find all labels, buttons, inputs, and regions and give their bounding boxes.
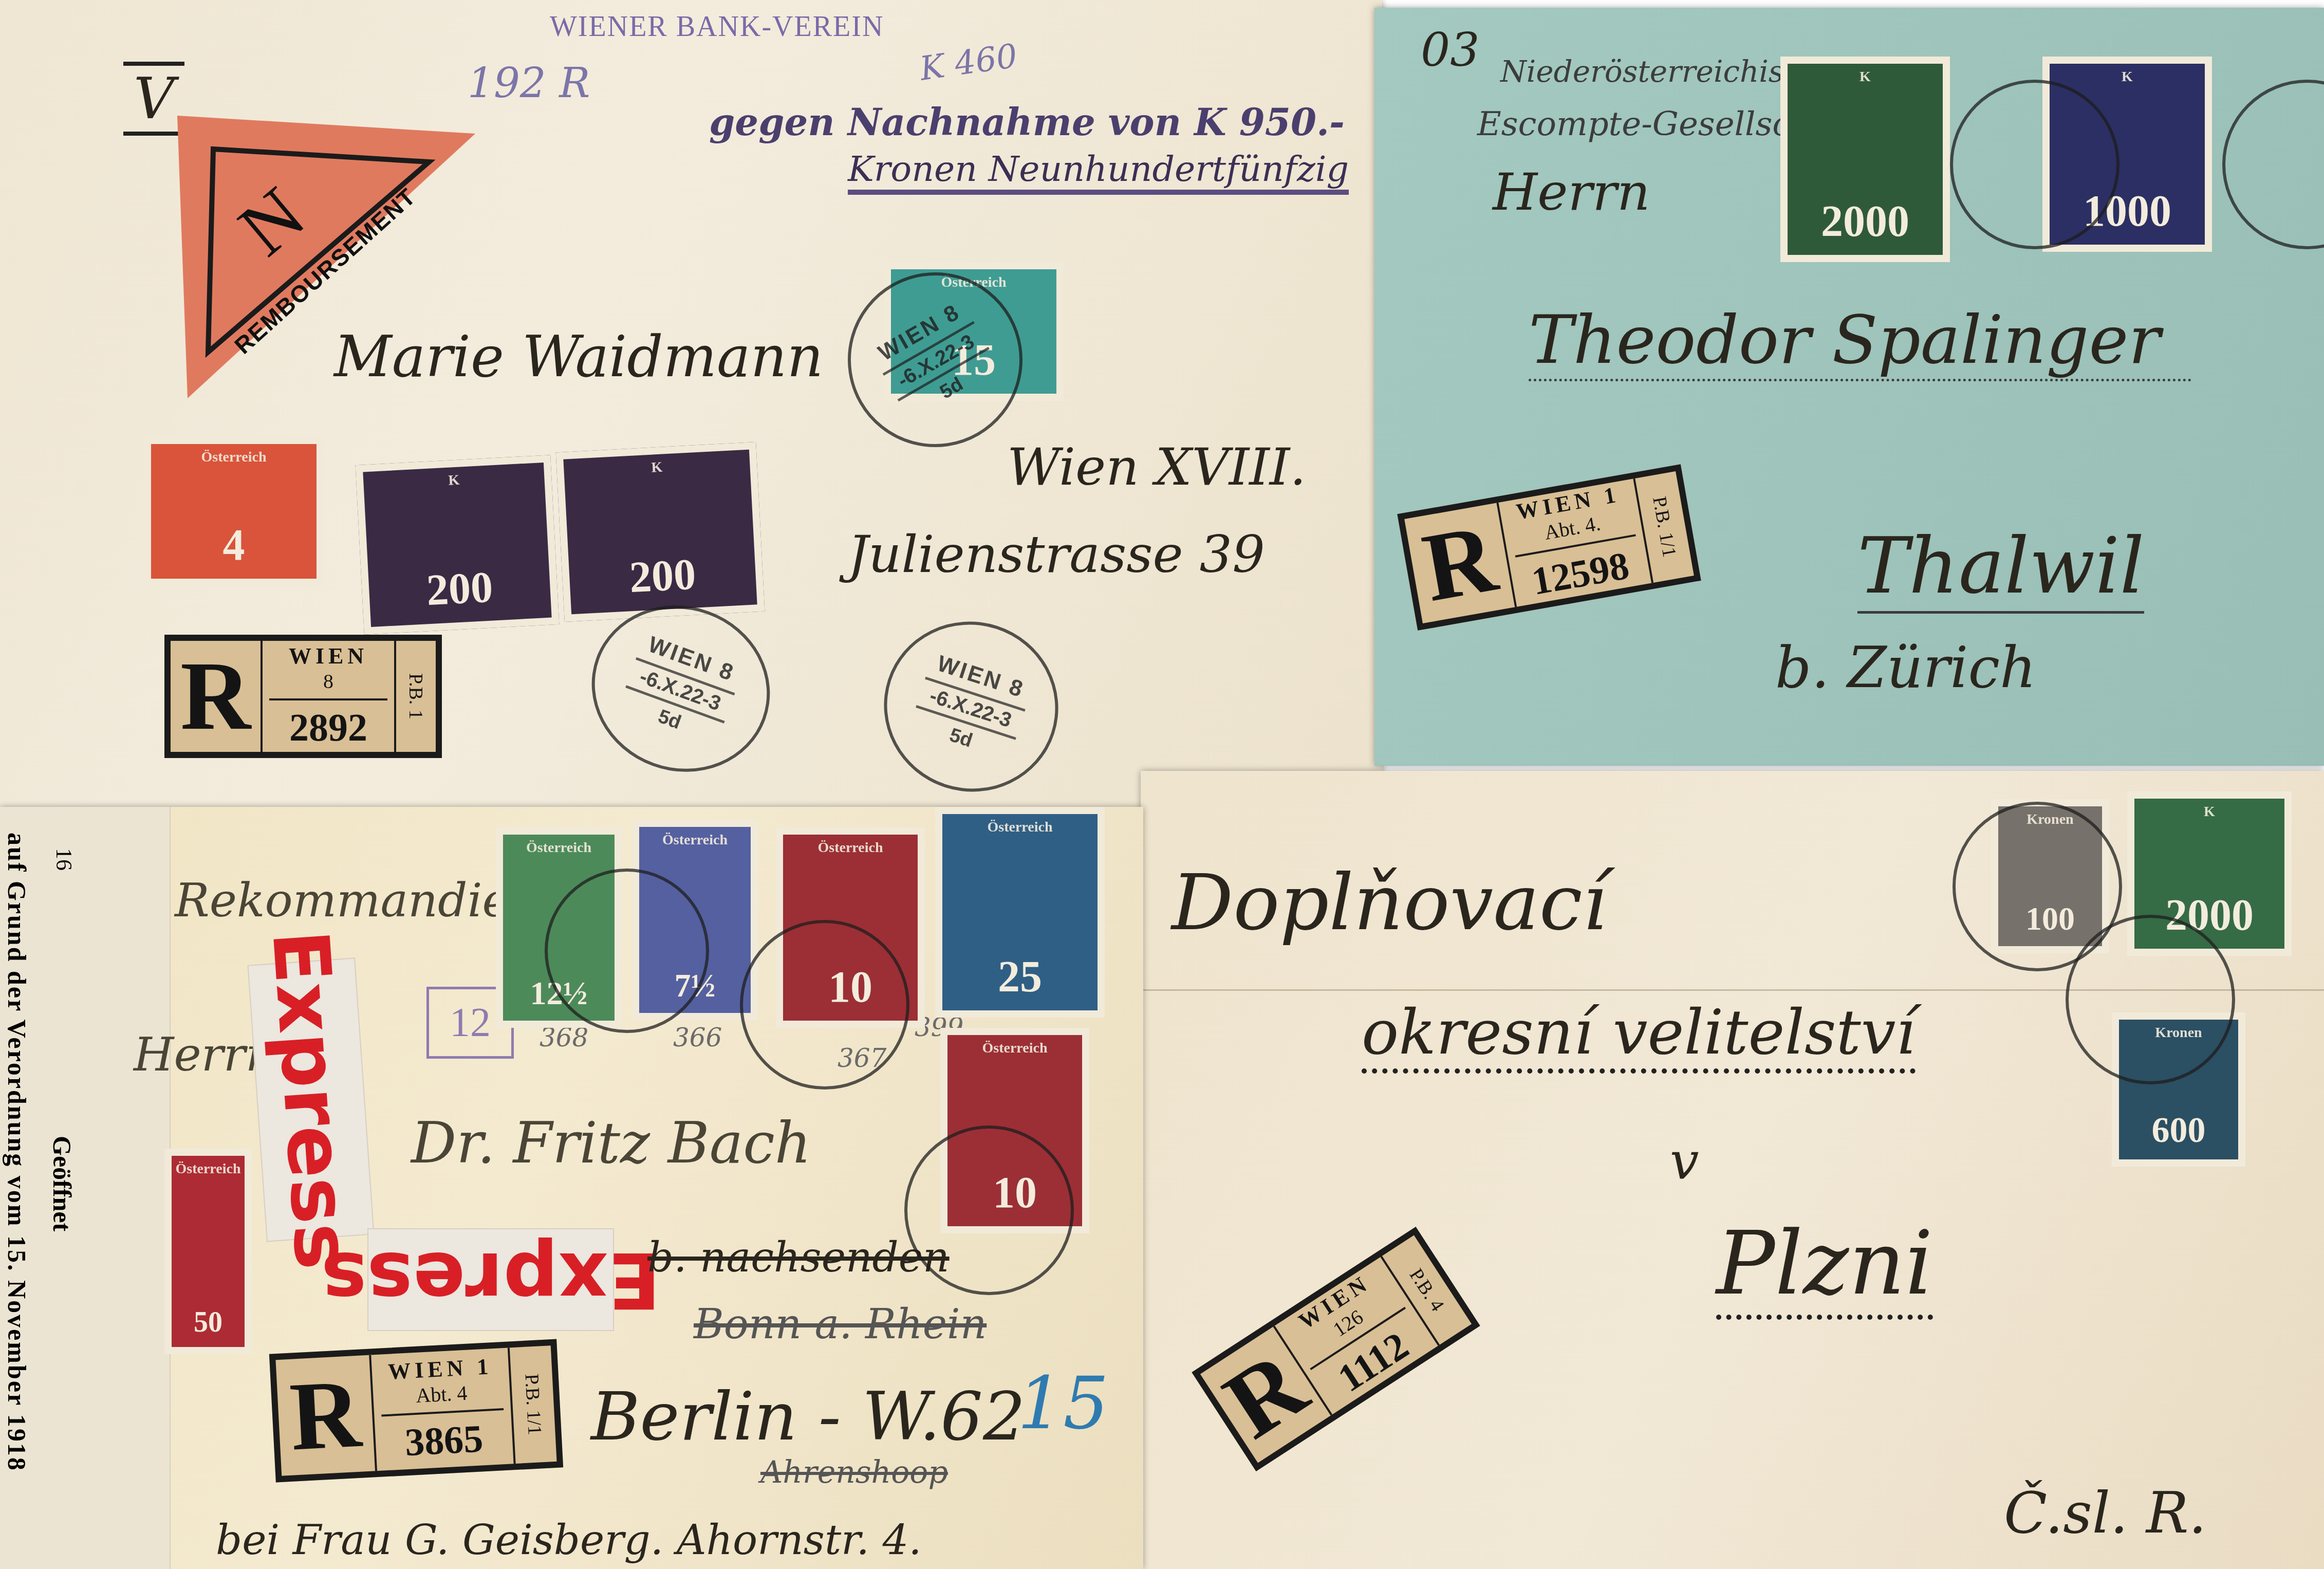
recipient-name: Dr. Fritz Bach <box>411 1110 811 1176</box>
stamp-4k: Österreich4 <box>144 437 324 586</box>
pencil-number: 366 <box>673 1023 722 1053</box>
registration-label: R WIEN 1 Abt. 4. 12598 P.B. 1/1 <box>1397 464 1701 631</box>
cod-amount-words: Kronen Neunhundertfünfzig <box>848 149 1349 195</box>
registration-label: R WIEN 8 2892 P.B. 1 <box>164 635 442 758</box>
pencil-note: 192 R <box>468 59 590 107</box>
registration-sub: 8 <box>323 669 333 693</box>
envelope-top-left: WIENER BANK-VEREIN K 460 192 R V gegen N… <box>0 0 1382 827</box>
recipient-region: b. Zürich <box>1775 635 2036 700</box>
recipient-line: okresní velitelství <box>1362 997 1916 1074</box>
postmark <box>2066 915 2235 1084</box>
stamp-200k: K200 <box>356 455 560 634</box>
envelope-top-right: 03 Niederösterreichische Escompte-Gesell… <box>1374 8 2324 766</box>
recipient-city: Wien XVIII. <box>1007 437 1306 497</box>
censor-number: 16 <box>51 848 77 871</box>
cod-line: gegen Nachnahme von K 950.- <box>709 100 1345 144</box>
crossed-address: Bonn a. Rhein <box>694 1300 987 1348</box>
registration-letter: R <box>171 641 263 752</box>
recipient-country: Č.sl. R. <box>2004 1480 2207 1546</box>
recipient-line: v <box>1670 1131 1699 1191</box>
stamp-2000k: K2000 <box>1780 57 1950 262</box>
stamp-50k: Österreich50 <box>164 1149 252 1354</box>
envelope-bottom-right: Doplňovací okresní velitelství v Plzni Č… <box>1141 771 2324 1569</box>
sender-stamp: WIENER BANK-VEREIN <box>550 10 884 43</box>
pencil-note: K 460 <box>918 37 1020 88</box>
corner-mark: 03 <box>1421 23 1480 77</box>
envelope-bottom-left: 16 Geöffnet auf Grund der Verordnung vom… <box>0 807 1143 1569</box>
registration-office: WIEN <box>289 643 368 669</box>
recipient-name: Theodor Spalinger <box>1529 301 2191 381</box>
blue-mark: 15 <box>1017 1362 1109 1446</box>
recipient-name: Marie Waidmann <box>334 324 823 390</box>
stamp-25k: Österreich25 <box>935 807 1105 1018</box>
censor-opened: Geöffnet <box>47 1136 77 1231</box>
registration-letter: R <box>275 1355 377 1475</box>
postmark <box>2222 80 2324 249</box>
salutation: Herrn <box>1493 162 1650 222</box>
recipient-line: Doplňovací <box>1172 858 1607 948</box>
registration-label: R WIEN 1 Abt. 4 3865 P.B. 1/1 <box>269 1339 563 1483</box>
express-label: Express <box>367 1228 614 1331</box>
postmark <box>904 1125 1074 1295</box>
postmark <box>1950 80 2120 249</box>
registration-letter: R <box>1404 503 1517 623</box>
postmark <box>545 869 709 1033</box>
registration-sub: Abt. 4 <box>415 1380 468 1407</box>
registration-office: WIEN 1 <box>387 1353 493 1385</box>
registration-side: P.B. 1 <box>394 641 436 752</box>
new-address: Berlin - W.62 <box>591 1377 1026 1455</box>
registration-side: P.B. 1/1 <box>507 1345 556 1464</box>
forward-note: b. nachsenden <box>647 1233 950 1281</box>
recipient-city: Plzni <box>1716 1213 1933 1320</box>
forward-address: bei Frau G. Geisberg. Ahornstr. 4. <box>216 1516 922 1564</box>
registration-label: R WIEN 126 1112 P.B. 4 <box>1192 1227 1480 1471</box>
stamp-200k: K200 <box>556 442 765 622</box>
express-label: Express <box>247 957 374 1242</box>
recipient-city: Thalwil <box>1857 522 2144 614</box>
crossed-street: Ahrenshoop <box>760 1454 948 1490</box>
registration-number: 3865 <box>404 1416 484 1465</box>
censor-decree: auf Grund der Verordnung vom 15. Novembe… <box>2 833 32 1472</box>
postmark <box>740 920 909 1090</box>
postmark: WIEN 8-6.X.22-35d <box>862 599 1080 815</box>
recipient-street: Julienstrasse 39 <box>848 524 1265 584</box>
registration-number: 12598 <box>1529 543 1632 604</box>
registration-number: 2892 <box>289 706 367 750</box>
